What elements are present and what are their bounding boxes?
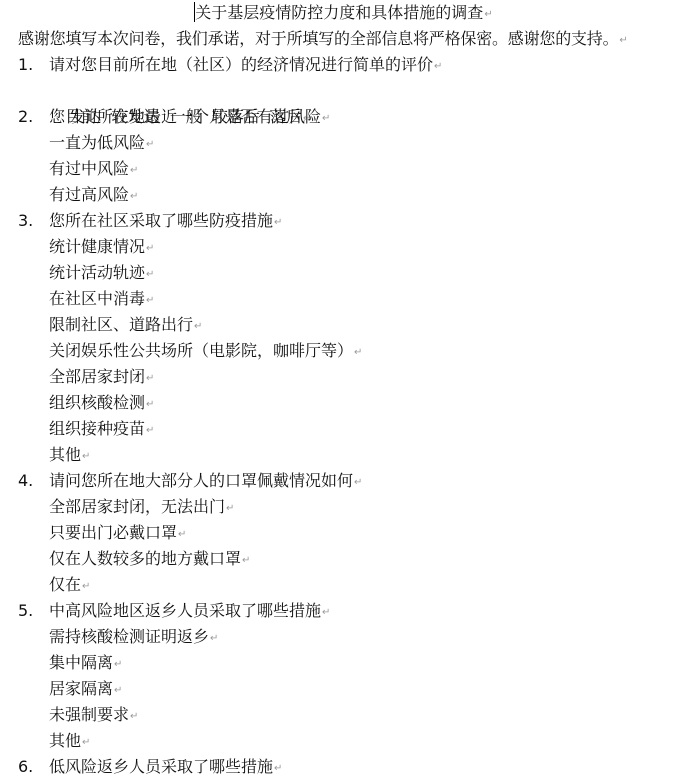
question-text: 请问您所在地大部分人的口罩佩戴情况如何 xyxy=(49,471,353,490)
option[interactable]: 统计健康情况↵ xyxy=(49,234,154,260)
paragraph-mark-icon: ↵ xyxy=(146,243,154,254)
option-text: 全部居家封闭，无法出门 xyxy=(49,497,225,516)
option[interactable]: 其他↵ xyxy=(49,728,90,754)
option[interactable]: 未强制要求↵ xyxy=(49,702,138,728)
paragraph-mark-icon: ↵ xyxy=(82,451,90,462)
paragraph-mark-icon: ↵ xyxy=(146,295,154,306)
option[interactable]: 在社区中消毒↵ xyxy=(49,286,154,312)
option-text: 仅在人数较多的地方戴口罩 xyxy=(49,549,241,568)
option-text: 统计健康情况 xyxy=(49,237,145,256)
option[interactable]: 集中隔离↵ xyxy=(49,650,122,676)
paragraph-mark-icon: ↵ xyxy=(274,217,282,228)
question-2[interactable]: 2. 您目前所在地最近一个月是否有过风险↵ xyxy=(0,104,687,130)
option[interactable]: 仅在↵ xyxy=(49,572,90,598)
option[interactable]: 只要出门必戴口罩↵ xyxy=(49,520,186,546)
paragraph-mark-icon: ↵ xyxy=(354,347,362,358)
question-6[interactable]: 6. 低风险返乡人员采取了哪些措施↵ xyxy=(0,754,687,780)
paragraph-mark-icon: ↵ xyxy=(82,737,90,748)
option-text: 居家隔离 xyxy=(49,679,113,698)
question-number: 6. xyxy=(18,754,33,780)
paragraph-mark-icon: ↵ xyxy=(484,9,492,20)
title-text: 关于基层疫情防控力度和具体措施的调查 xyxy=(195,3,483,22)
paragraph-mark-icon: ↵ xyxy=(354,477,362,488)
option-text: 组织核酸检测 xyxy=(49,393,145,412)
paragraph-mark-icon: ↵ xyxy=(434,61,442,72)
paragraph-mark-icon: ↵ xyxy=(210,633,218,644)
paragraph-mark-icon: ↵ xyxy=(194,321,202,332)
paragraph-mark-icon: ↵ xyxy=(619,35,627,46)
option[interactable]: 需持核酸检测证明返乡↵ xyxy=(49,624,218,650)
option[interactable]: 仅在人数较多的地方戴口罩↵ xyxy=(49,546,250,572)
question-1-options[interactable]: 发达 较发达 一般 较落后 落后↵ xyxy=(49,78,311,104)
option-text: 其他 xyxy=(49,731,81,750)
option[interactable]: 有过中风险↵ xyxy=(49,156,138,182)
paragraph-mark-icon: ↵ xyxy=(146,425,154,436)
paragraph-mark-icon: ↵ xyxy=(322,607,330,618)
paragraph-mark-icon: ↵ xyxy=(130,191,138,202)
paragraph-mark-icon: ↵ xyxy=(242,555,250,566)
option[interactable]: 其他↵ xyxy=(49,442,90,468)
paragraph-mark-icon: ↵ xyxy=(146,139,154,150)
intro-text: 感谢您填写本次问卷，我们承诺，对于所填写的全部信息将严格保密。感谢您的支持。 xyxy=(18,29,618,48)
option-text: 有过高风险 xyxy=(49,185,129,204)
paragraph-mark-icon: ↵ xyxy=(226,503,234,514)
paragraph-mark-icon: ↵ xyxy=(322,113,330,124)
question-number: 1. xyxy=(18,52,33,78)
paragraph-mark-icon: ↵ xyxy=(130,165,138,176)
question-text: 中高风险地区返乡人员采取了哪些措施 xyxy=(49,601,321,620)
option-text: 全部居家封闭 xyxy=(49,367,145,386)
option[interactable]: 关闭娱乐性公共场所（电影院，咖啡厅等）↵ xyxy=(49,338,362,364)
paragraph-mark-icon: ↵ xyxy=(114,685,122,696)
paragraph-mark-icon: ↵ xyxy=(274,763,282,774)
paragraph-mark-icon: ↵ xyxy=(146,269,154,280)
question-number: 5. xyxy=(18,598,33,624)
option[interactable]: 一直为低风险↵ xyxy=(49,130,154,156)
option[interactable]: 组织核酸检测↵ xyxy=(49,390,154,416)
question-number: 3. xyxy=(18,208,33,234)
question-4[interactable]: 4. 请问您所在地大部分人的口罩佩戴情况如何↵ xyxy=(0,468,687,494)
option[interactable]: 有过高风险↵ xyxy=(49,182,138,208)
question-number: 4. xyxy=(18,468,33,494)
option[interactable]: 居家隔离↵ xyxy=(49,676,122,702)
option-text: 只要出门必戴口罩 xyxy=(49,523,177,542)
question-text: 请对您目前所在地（社区）的经济情况进行简单的评价 xyxy=(49,55,433,74)
option[interactable]: 限制社区、道路出行↵ xyxy=(49,312,202,338)
document-title[interactable]: 关于基层疫情防控力度和具体措施的调查↵ xyxy=(0,0,687,26)
option-text: 在社区中消毒 xyxy=(49,289,145,308)
option-text: 需持核酸检测证明返乡 xyxy=(49,627,209,646)
paragraph-mark-icon: ↵ xyxy=(82,581,90,592)
intro-paragraph[interactable]: 感谢您填写本次问卷，我们承诺，对于所填写的全部信息将严格保密。感谢您的支持。↵ xyxy=(18,26,628,52)
paragraph-mark-icon: ↵ xyxy=(130,711,138,722)
paragraph-mark-icon: ↵ xyxy=(146,399,154,410)
option[interactable]: 全部居家封闭，无法出门↵ xyxy=(49,494,234,520)
question-text: 您所在社区采取了哪些防疫措施 xyxy=(49,211,273,230)
option[interactable]: 统计活动轨迹↵ xyxy=(49,260,154,286)
option[interactable]: 组织接种疫苗↵ xyxy=(49,416,154,442)
question-5[interactable]: 5. 中高风险地区返乡人员采取了哪些措施↵ xyxy=(0,598,687,624)
paragraph-mark-icon: ↵ xyxy=(114,659,122,670)
question-number: 2. xyxy=(18,104,33,130)
question-1[interactable]: 1. 请对您目前所在地（社区）的经济情况进行简单的评价↵ xyxy=(0,52,687,78)
option-text: 其他 xyxy=(49,445,81,464)
option[interactable]: 全部居家封闭↵ xyxy=(49,364,154,390)
option-text: 未强制要求 xyxy=(49,705,129,724)
option-text: 集中隔离 xyxy=(49,653,113,672)
option-text: 关闭娱乐性公共场所（电影院，咖啡厅等） xyxy=(49,341,353,360)
option-text: 有过中风险 xyxy=(49,159,129,178)
option-text: 一直为低风险 xyxy=(49,133,145,152)
option-text: 仅在 xyxy=(49,575,81,594)
option-text: 限制社区、道路出行 xyxy=(49,315,193,334)
option-text: 统计活动轨迹 xyxy=(49,263,145,282)
paragraph-mark-icon: ↵ xyxy=(146,373,154,384)
document-page[interactable]: 关于基层疫情防控力度和具体措施的调查↵ 感谢您填写本次问卷，我们承诺，对于所填写… xyxy=(0,0,687,783)
option-text: 组织接种疫苗 xyxy=(49,419,145,438)
question-3[interactable]: 3. 您所在社区采取了哪些防疫措施↵ xyxy=(0,208,687,234)
paragraph-mark-icon: ↵ xyxy=(178,529,186,540)
question-text: 低风险返乡人员采取了哪些措施 xyxy=(49,757,273,776)
question-text: 您目前所在地最近一个月是否有过风险 xyxy=(49,107,321,126)
